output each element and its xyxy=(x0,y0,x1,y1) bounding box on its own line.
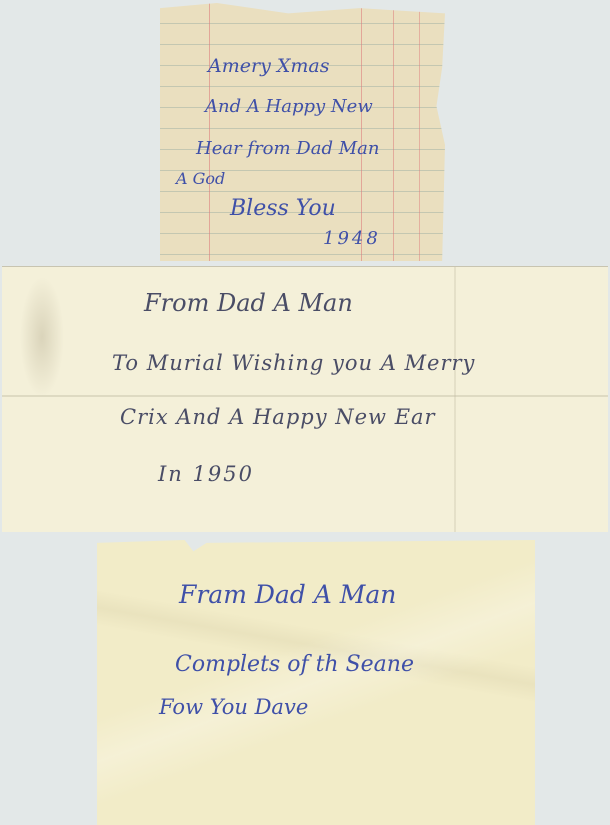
note1-line-2: And A Happy New xyxy=(205,96,373,117)
note-dave: Fram Dad A Man Complets of th Seane Fow … xyxy=(97,540,535,825)
note2-line-2: To Murial Wishing you A Merry xyxy=(112,351,475,375)
note2-line-1: From Dad A Man xyxy=(144,289,353,317)
note1-line-6-year: 1948 xyxy=(323,228,381,249)
note3-line-3: Fow You Dave xyxy=(159,695,308,719)
note1-line-5: Bless You xyxy=(230,196,336,221)
note2-line-3: Crix And A Happy New Ear xyxy=(120,405,436,429)
note1-line-3: Hear from Dad Man xyxy=(196,138,379,159)
note3-line-2: Complets of th Seane xyxy=(175,652,414,677)
note1-line-1: Amery Xmas xyxy=(208,55,329,77)
note-1950: From Dad A Man To Murial Wishing you A M… xyxy=(2,266,608,532)
note2-line-4: In 1950 xyxy=(158,462,254,486)
note-1948: Amery Xmas And A Happy New Hear from Dad… xyxy=(160,3,445,261)
note1-line-4: A God xyxy=(176,169,225,188)
note3-line-1: Fram Dad A Man xyxy=(179,580,396,609)
